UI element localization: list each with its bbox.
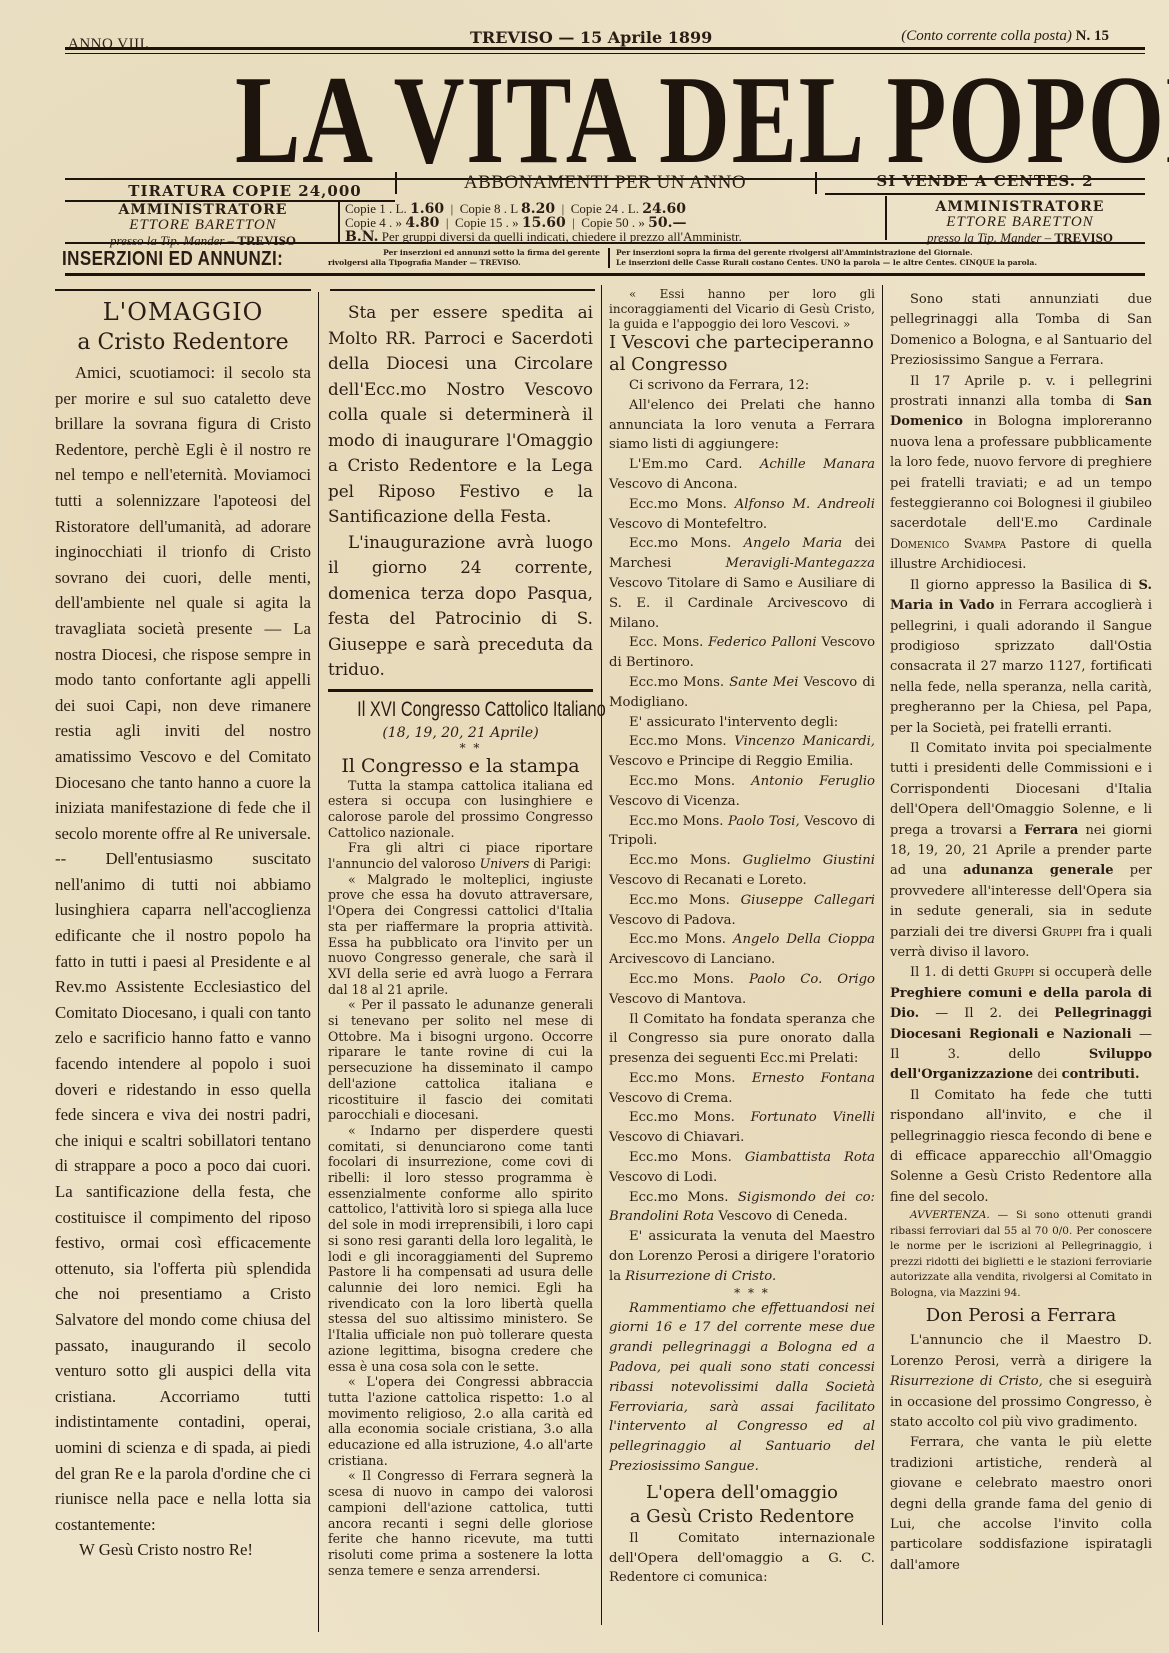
intro: All'elenco dei Prelati che hanno annunci… <box>609 396 875 455</box>
bishop-entry: Ecc.mo Mons. Alfonso M. Andreoli Vescovo… <box>609 495 875 535</box>
separator-stars: * * * <box>609 1287 875 1299</box>
admin-name: ETTORE BARETTON <box>68 218 338 233</box>
bishop-entry: Ecc.mo Mons. Paolo Co. Origo Vescovo di … <box>609 970 875 1010</box>
newspaper-title: LA VITA DEL POPOLO <box>235 62 980 180</box>
rule <box>328 689 593 692</box>
divider <box>885 196 887 240</box>
congress-title: Il XVI Congresso Cattolico Italiano <box>357 696 564 724</box>
perosi-heading: Don Perosi a Ferrara <box>890 1301 1152 1331</box>
dateline: TREVISO — 15 Aprile 1899 <box>470 28 712 47</box>
subscriptions-title: ABBONAMENTI PER UN ANNO <box>405 172 805 194</box>
bishop-entry: Ecc.mo Mons. Sigismondo dei co: Brandoli… <box>609 1188 875 1228</box>
omaggio-heading-line1: L'opera dell'omaggio <box>609 1481 875 1505</box>
section-title: Il Congresso e la stampa <box>328 754 593 778</box>
column-divider <box>601 285 602 1625</box>
advertising-note-left: Per inserzioni ed annunzi sotto la firma… <box>328 248 600 268</box>
issue-number: N. 15 <box>1076 28 1109 44</box>
bishop-entry: Ecc.mo Mons. Ernesto Fontana Vescovo di … <box>609 1069 875 1109</box>
bishop-entry: Ecc.mo Mons. Guglielmo Giustini Vescovo … <box>609 851 875 891</box>
omaggio-heading-line2: a Gesù Cristo Redentore <box>609 1505 875 1529</box>
print-run: TIRATURA COPIE 24,000 <box>95 182 395 200</box>
quote-end: « Essi hanno per loro gli incoraggiament… <box>609 287 875 332</box>
administrator-right: AMMINISTRATORE ETTORE BARETTON presso la… <box>890 200 1150 245</box>
rule <box>825 193 1145 195</box>
admin-heading: AMMINISTRATORE <box>68 203 338 218</box>
bishop-entry: Ecc.mo Mons. Sante Mei Vescovo di Modigl… <box>609 673 875 713</box>
committee-note: Il Comitato internazionale dell'Opera de… <box>609 1529 875 1588</box>
article-title-line1: L'OMAGGIO <box>55 298 311 326</box>
dateline: Ci scrivono da Ferrara, 12: <box>609 376 875 396</box>
rule <box>55 289 311 291</box>
volume-number: ANNO VIII. <box>68 36 149 53</box>
bishop-entry: Ecc.mo Mons. Giambattista Rota Vescovo d… <box>609 1148 875 1188</box>
bishop-entry: L'Em.mo Card. Achille Manara Vescovo di … <box>609 455 875 495</box>
article-body: Amici, scuotiamoci: il secolo sta per mo… <box>55 360 311 1537</box>
admin-address: presso la Tip. Mander – TREVISO <box>68 233 338 248</box>
admin-name: ETTORE BARETTON <box>890 215 1150 230</box>
postal-account-note: (Conto corrente colla posta) <box>901 28 1072 44</box>
groups-paragraph: Il 1. di detti Gruppi si occuperà delle … <box>890 963 1152 1085</box>
subscription-prices: Copie 1 . L. 1.60 | Copie 8 . L 8.20 | C… <box>345 202 885 244</box>
column-divider <box>882 285 883 1625</box>
hope-text: Il Comitato ha fondata speranza che il C… <box>609 1010 875 1069</box>
advertising-note-right: Per inserzioni sopra la firma del gerent… <box>616 248 1151 268</box>
circular-notice: Sta per essere spedita ai Molto RR. Parr… <box>328 300 593 530</box>
pilgrimage-announcement: Sono stati annunziati due pellegrinaggi … <box>890 290 1152 372</box>
warning-note: AVVERTENZA. — Si sono ottenuti grandi ri… <box>890 1208 1152 1301</box>
bishop-entry: Ecc.mo Mons. Angelo Della Cioppa Arcives… <box>609 930 875 970</box>
divider <box>608 248 610 268</box>
divider <box>395 172 397 194</box>
bishop-entry: Ecc.mo Mons. Antonio Feruglio Vescovo di… <box>609 772 875 812</box>
article-title-line2: a Cristo Redentore <box>55 326 311 360</box>
column-divider <box>318 292 319 1632</box>
advertising-heading: INSERZIONI ED ANNUNZI: <box>62 248 283 271</box>
divider <box>815 172 817 194</box>
assured-text: E' assicurato l'intervento degli: <box>609 713 875 733</box>
faith-paragraph: Il Comitato ha fede che tutti rispondano… <box>890 1086 1152 1208</box>
congress-dates: (18, 19, 20, 21 Aprile) <box>328 724 593 742</box>
bishop-entry: Ecc.mo Mons. Fortunato Vinelli Vescovo d… <box>609 1108 875 1148</box>
column-4: Sono stati annunziati due pellegrinaggi … <box>890 290 1152 1576</box>
bologna-paragraph: Il 17 Aprile p. v. i pellegrini prostrat… <box>890 372 1152 576</box>
pilgrimage-note: Rammentiamo che effettuandosi nei giorni… <box>609 1299 875 1477</box>
column-3: « Essi hanno per loro gli incoraggiament… <box>609 287 875 1588</box>
committee-invitation: Il Comitato invita poi specialmente tutt… <box>890 739 1152 963</box>
divider <box>338 200 340 242</box>
price-row-2: Copie 4 . » 4.80 | Copie 15 . » 15.60 | … <box>345 216 885 230</box>
bishop-entry: Ecc. Mons. Federico Palloni Vescovo di B… <box>609 633 875 673</box>
issue-info: (Conto corrente colla posta) N. 15 <box>901 28 1109 45</box>
perosi-paragraph: L'annuncio che il Maestro D. Lorenzo Per… <box>890 1331 1152 1433</box>
bishop-entry: Ecc.mo Mons. Angelo Maria dei Marchesi M… <box>609 534 875 633</box>
bishop-entry: Ecc.mo Mons. Giuseppe Callegari Vescovo … <box>609 891 875 931</box>
separator-stars: * * <box>328 742 593 754</box>
rule <box>330 289 595 291</box>
press-section: Tutta la stampa cattolica italiana ed es… <box>328 778 593 1579</box>
perosi-note: E' assicurata la venuta del Maestro don … <box>609 1227 875 1286</box>
bishops-heading: I Vescovi che parteciperanno al Congress… <box>609 332 875 376</box>
article-closing: W Gesù Cristo nostro Re! <box>55 1537 311 1563</box>
ferrara-paragraph: Il giorno appresso la Basilica di S. Mar… <box>890 576 1152 739</box>
masthead-rule-top <box>65 47 1145 50</box>
ferrara-honors: Ferrara, che vanta le più elette tradizi… <box>890 1433 1152 1576</box>
admin-heading: AMMINISTRATORE <box>890 200 1150 215</box>
rule <box>65 242 1145 244</box>
rule <box>65 273 1145 276</box>
bishop-entry: Ecc.mo Mons. Paolo Tosi, Vescovo di Trip… <box>609 812 875 852</box>
price-row-1: Copie 1 . L. 1.60 | Copie 8 . L 8.20 | C… <box>345 202 885 216</box>
bishop-entry: Ecc.mo Mons. Vincenzo Manicardi, Vescovo… <box>609 732 875 772</box>
inauguration-notice: L'inaugurazione avrà luogo il giorno 24 … <box>328 530 593 683</box>
price-per-copy: SI VENDE A CENTES. 2 <box>825 172 1145 190</box>
column-2: Sta per essere spedita ai Molto RR. Parr… <box>328 300 593 1578</box>
column-1-article: L'OMAGGIO a Cristo Redentore Amici, scuo… <box>55 298 311 1563</box>
